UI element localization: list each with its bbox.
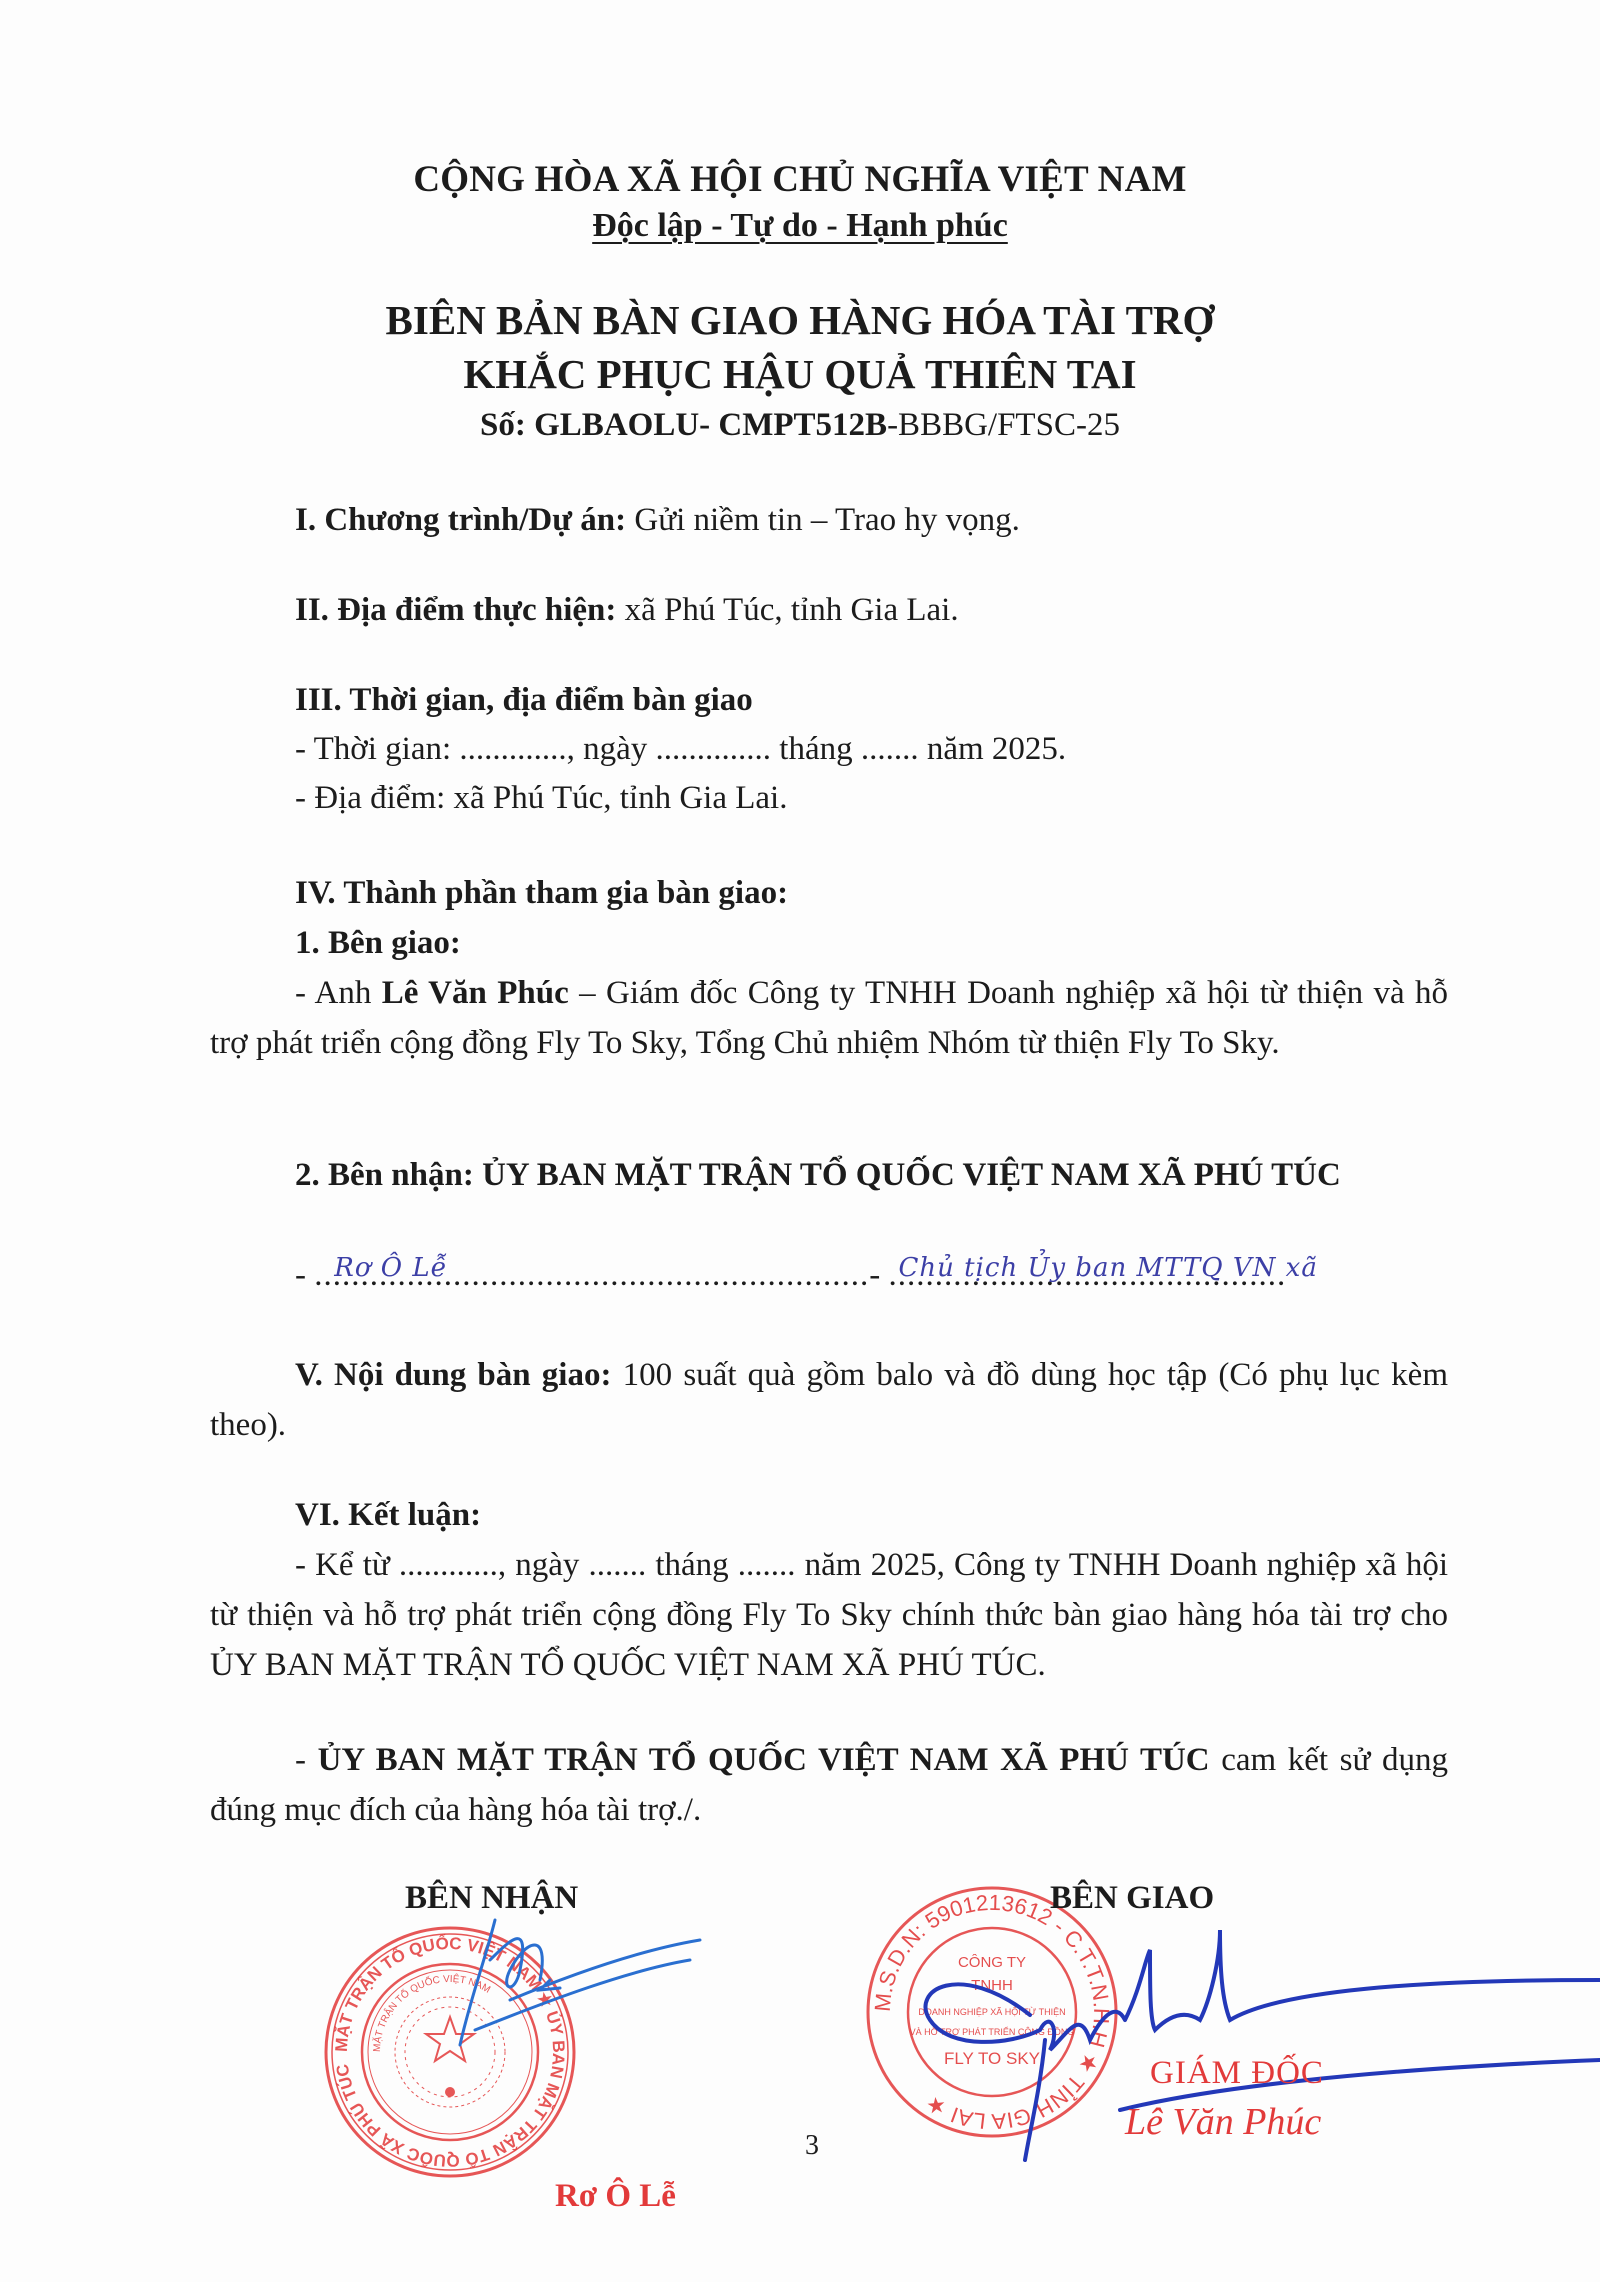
handover-time: - Thời gian: ............., ngày .......… <box>295 724 1066 774</box>
receiver-representative-line: - ......................................… <box>295 1250 1286 1300</box>
giver-heading: 1. Bên giao: <box>295 918 461 968</box>
section-participants: IV. Thành phần tham gia bàn giao: <box>295 868 788 918</box>
page-number: 3 <box>805 2130 819 2162</box>
giver-title: GIÁM ĐỐC <box>1150 2055 1324 2092</box>
national-title: CỘNG HÒA XÃ HỘI CHỦ NGHĨA VIỆT NAM <box>0 158 1600 201</box>
national-motto: Độc lập - Tự do - Hạnh phúc <box>0 207 1600 245</box>
giver-signature-label: BÊN GIAO <box>1050 1880 1214 1917</box>
document-page: CỘNG HÒA XÃ HỘI CHỦ NGHĨA VIỆT NAM Độc l… <box>0 0 1600 2282</box>
receiver-heading: 2. Bên nhận: ỦY BAN MẶT TRẬN TỔ QUỐC VIỆ… <box>210 1150 1448 1200</box>
handover-place: - Địa điểm: xã Phú Túc, tỉnh Gia Lai. <box>295 773 787 823</box>
section-location: II. Địa điểm thực hiện: xã Phú Túc, tỉnh… <box>295 585 959 635</box>
receiver-printed-name: Rơ Ô Lễ <box>555 2178 676 2215</box>
section-program: I. Chương trình/Dự án: Gửi niềm tin – Tr… <box>295 495 1020 545</box>
giver-printed-name: Lê Văn Phúc <box>1125 2100 1321 2144</box>
document-title-line1: BIÊN BẢN BÀN GIAO HÀNG HÓA TÀI TRỢ <box>0 296 1600 344</box>
handwritten-receiver-title: Chủ tịch Ủy ban MTTQ VN xã <box>899 1243 1318 1293</box>
conclusion-paragraph-1: - Kể từ ............, ngày ....... tháng… <box>210 1540 1448 1690</box>
section-content: V. Nội dung bàn giao: 100 suất quà gồm b… <box>210 1350 1448 1450</box>
document-title-line2: KHẮC PHỤC HẬU QUẢ THIÊN TAI <box>0 350 1600 398</box>
conclusion-paragraph-2: - ỦY BAN MẶT TRẬN TỔ QUỐC VIỆT NAM XÃ PH… <box>210 1735 1448 1835</box>
receiver-signature <box>400 1900 730 2070</box>
section-time-place: III. Thời gian, địa điểm bàn giao <box>295 675 753 725</box>
section-conclusion: VI. Kết luận: <box>295 1490 481 1540</box>
document-number: Số: GLBAOLU- CMPT512B-BBBG/FTSC-25 <box>0 407 1600 444</box>
giver-description: - Anh Lê Văn Phúc – Giám đốc Công ty TNH… <box>210 968 1448 1068</box>
handwritten-receiver-name: Rơ Ô Lễ <box>334 1243 447 1293</box>
